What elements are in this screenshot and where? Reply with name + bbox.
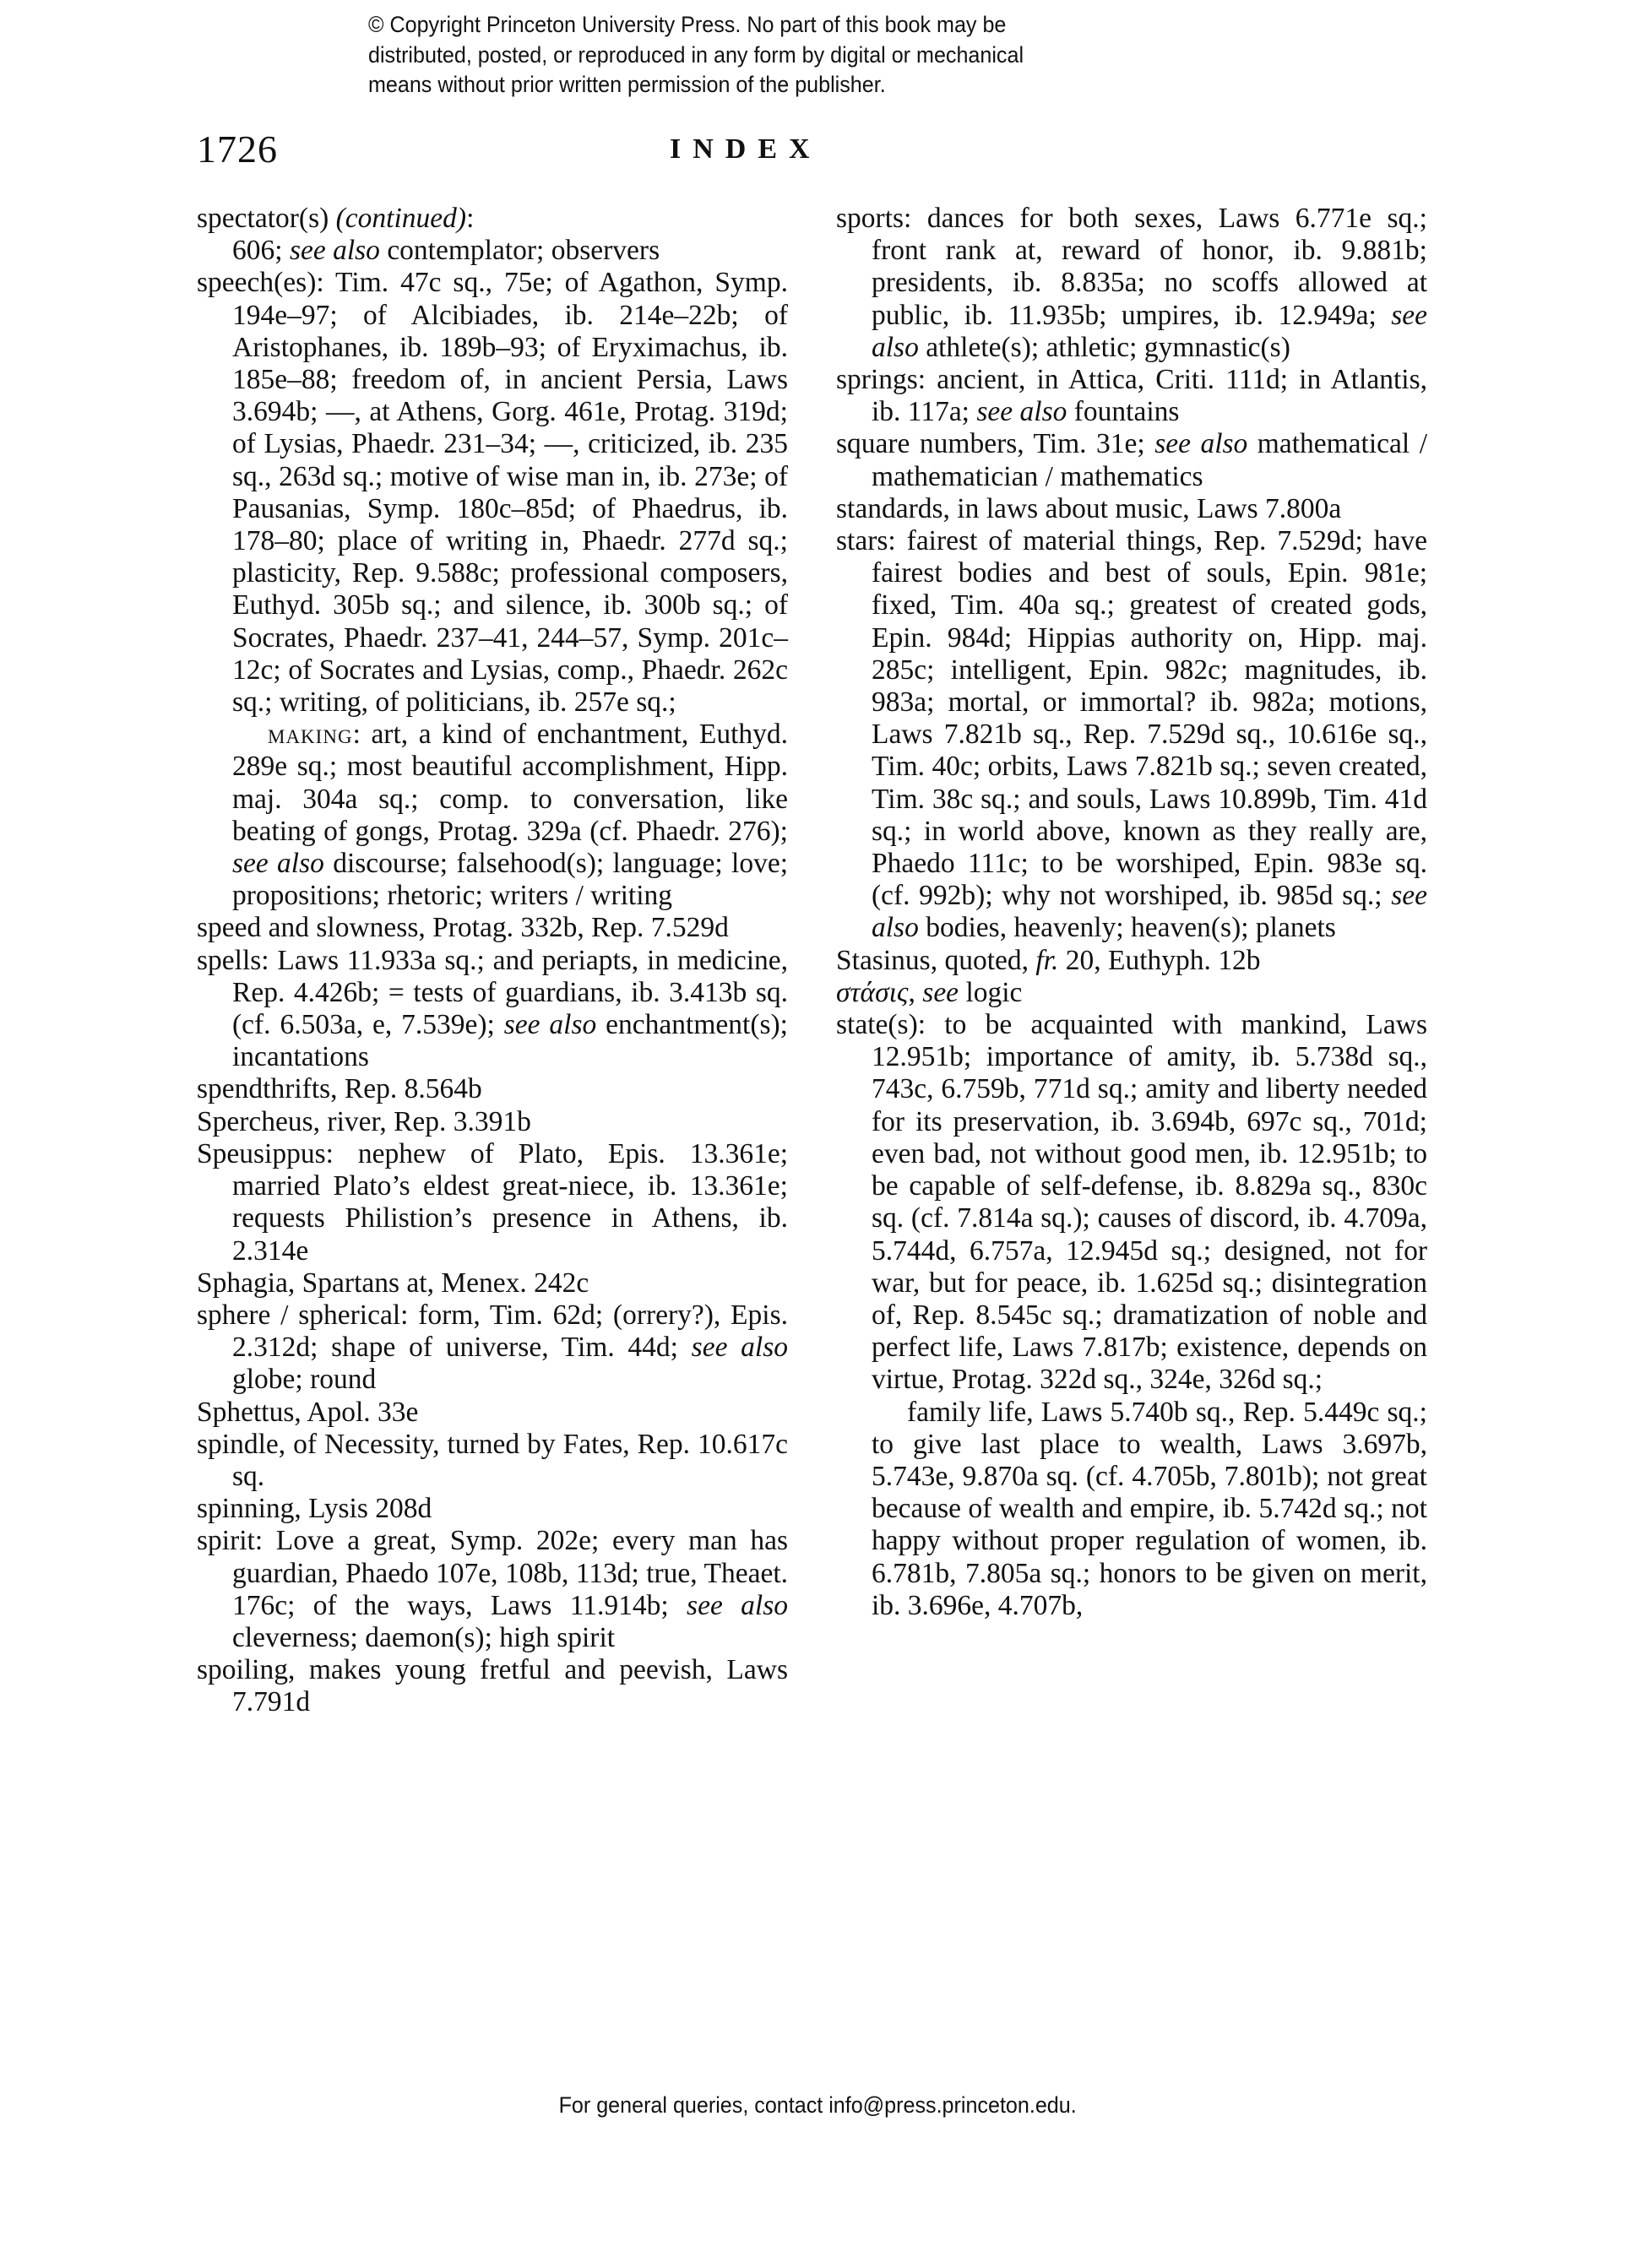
entry-text: 20, Euthyph. 12b [1058, 945, 1260, 976]
running-head: 1726 INDEX [197, 127, 1430, 177]
entry-text: fountains [1067, 396, 1179, 427]
page-number: 1726 [197, 127, 278, 171]
italic-text: see also [692, 1332, 788, 1363]
entry-text: globe; round [232, 1364, 376, 1395]
entry-text: speed and slowness, Protag. 332b, Rep. 7… [197, 912, 729, 943]
entry-text: bodies, heavenly; heaven(s); planets [919, 912, 1336, 943]
italic-text: see also [504, 1009, 597, 1040]
entry-text: stars: fairest of material things, Rep. … [836, 525, 1427, 911]
index-entry: spendthrifts, Rep. 8.564b [197, 1073, 788, 1105]
index-entry: 606; see also contemplator; observers [197, 235, 788, 267]
italic-text: see also [290, 235, 380, 266]
italic-text: see also [687, 1590, 788, 1621]
entry-text: spendthrifts, Rep. 8.564b [197, 1073, 482, 1104]
entry-text: spindle, of Necessity, turned by Fates, … [197, 1429, 788, 1492]
index-entry: Speusippus: nephew of Plato, Epis. 13.36… [197, 1138, 788, 1267]
entry-text: state(s): to be acquainted with mankind,… [836, 1009, 1427, 1395]
entry-text: speech(es): Tim. 47c sq., 75e; of Agatho… [197, 267, 788, 718]
entry-text: athlete(s); athletic; gymnastic(s) [919, 332, 1290, 363]
italic-text: see also [976, 396, 1067, 427]
index-entry: state(s): to be acquainted with mankind,… [836, 1009, 1427, 1396]
entry-text: logic [959, 977, 1022, 1008]
italic-text: fr. [1035, 945, 1058, 976]
small-caps-heading: making [268, 719, 353, 750]
index-entry: stars: fairest of material things, Rep. … [836, 525, 1427, 945]
index-entry: speed and slowness, Protag. 332b, Rep. 7… [197, 912, 788, 944]
entry-text: Sphagia, Spartans at, Menex. 242c [197, 1267, 589, 1299]
index-entry: spectator(s) (continued): [197, 203, 788, 235]
index-entry: square numbers, Tim. 31e; see also mathe… [836, 428, 1427, 492]
index-entry: Stasinus, quoted, fr. 20, Euthyph. 12b [836, 945, 1427, 977]
italic-text: see also [232, 848, 324, 879]
index-column-right: sports: dances for both sexes, Laws 6.77… [836, 203, 1427, 1622]
entry-text: , [909, 977, 923, 1008]
italic-text: (continued) [336, 203, 466, 234]
entry-text: spoiling, makes young fretful and peevis… [197, 1654, 788, 1717]
italic-text: see [922, 977, 959, 1008]
entry-text: cleverness; daemon(s); high spirit [232, 1622, 615, 1653]
index-entry: spells: Laws 11.933a sq.; and periapts, … [197, 945, 788, 1074]
index-entry: speech(es): Tim. 47c sq., 75e; of Agatho… [197, 267, 788, 719]
page-title: INDEX [670, 133, 822, 165]
index-entry: standards, in laws about music, Laws 7.8… [836, 493, 1427, 525]
index-entry: Sphettus, Apol. 33e [197, 1397, 788, 1429]
index-entry: spindle, of Necessity, turned by Fates, … [197, 1429, 788, 1493]
entry-text: : [466, 203, 474, 234]
entry-text: spectator(s) [197, 203, 336, 234]
entry-text: Sphettus, Apol. 33e [197, 1397, 418, 1428]
copyright-line: distributed, posted, or reproduced in an… [368, 41, 1154, 71]
entry-text: standards, in laws about music, Laws 7.8… [836, 493, 1341, 524]
index-entry: Spercheus, river, Rep. 3.391b [197, 1106, 788, 1138]
italic-text: see also [1154, 428, 1247, 459]
index-entry: Sphagia, Spartans at, Menex. 242c [197, 1267, 788, 1299]
index-entry: sports: dances for both sexes, Laws 6.77… [836, 203, 1427, 364]
index-entry: στάσις, see logic [836, 977, 1427, 1009]
copyright-notice: © Copyright Princeton University Press. … [368, 10, 1154, 100]
italic-text: στάσις [836, 977, 909, 1008]
entry-text: contemplator; observers [380, 235, 660, 266]
footer-contact: For general queries, contact info@press.… [57, 2092, 1578, 2119]
entry-text: sports: dances for both sexes, Laws 6.77… [836, 203, 1427, 331]
index-subentry: making: art, a kind of enchantment, Euth… [197, 719, 788, 912]
entry-text: Speusippus: nephew of Plato, Epis. 13.36… [197, 1138, 788, 1267]
copyright-line: means without prior written permission o… [368, 70, 1154, 100]
entry-text: Stasinus, quoted, [836, 945, 1035, 976]
index-subentry: family life, Laws 5.740b sq., Rep. 5.449… [836, 1397, 1427, 1622]
entry-text: family life, Laws 5.740b sq., Rep. 5.449… [872, 1397, 1427, 1621]
index-entry: spirit: Love a great, Symp. 202e; every … [197, 1525, 788, 1654]
index-entry: spoiling, makes young fretful and peevis… [197, 1654, 788, 1718]
entry-text: 606; [232, 235, 290, 266]
copyright-line: © Copyright Princeton University Press. … [368, 10, 1154, 41]
entry-text: spinning, Lysis 208d [197, 1493, 432, 1524]
index-entry: sphere / spherical: form, Tim. 62d; (orr… [197, 1299, 788, 1397]
entry-text: Spercheus, river, Rep. 3.391b [197, 1106, 531, 1137]
entry-text: square numbers, Tim. 31e; [836, 428, 1154, 459]
index-column-left: spectator(s) (continued):606; see also c… [197, 203, 788, 1719]
index-entry: spinning, Lysis 208d [197, 1493, 788, 1525]
index-entry: springs: ancient, in Attica, Criti. 111d… [836, 364, 1427, 428]
